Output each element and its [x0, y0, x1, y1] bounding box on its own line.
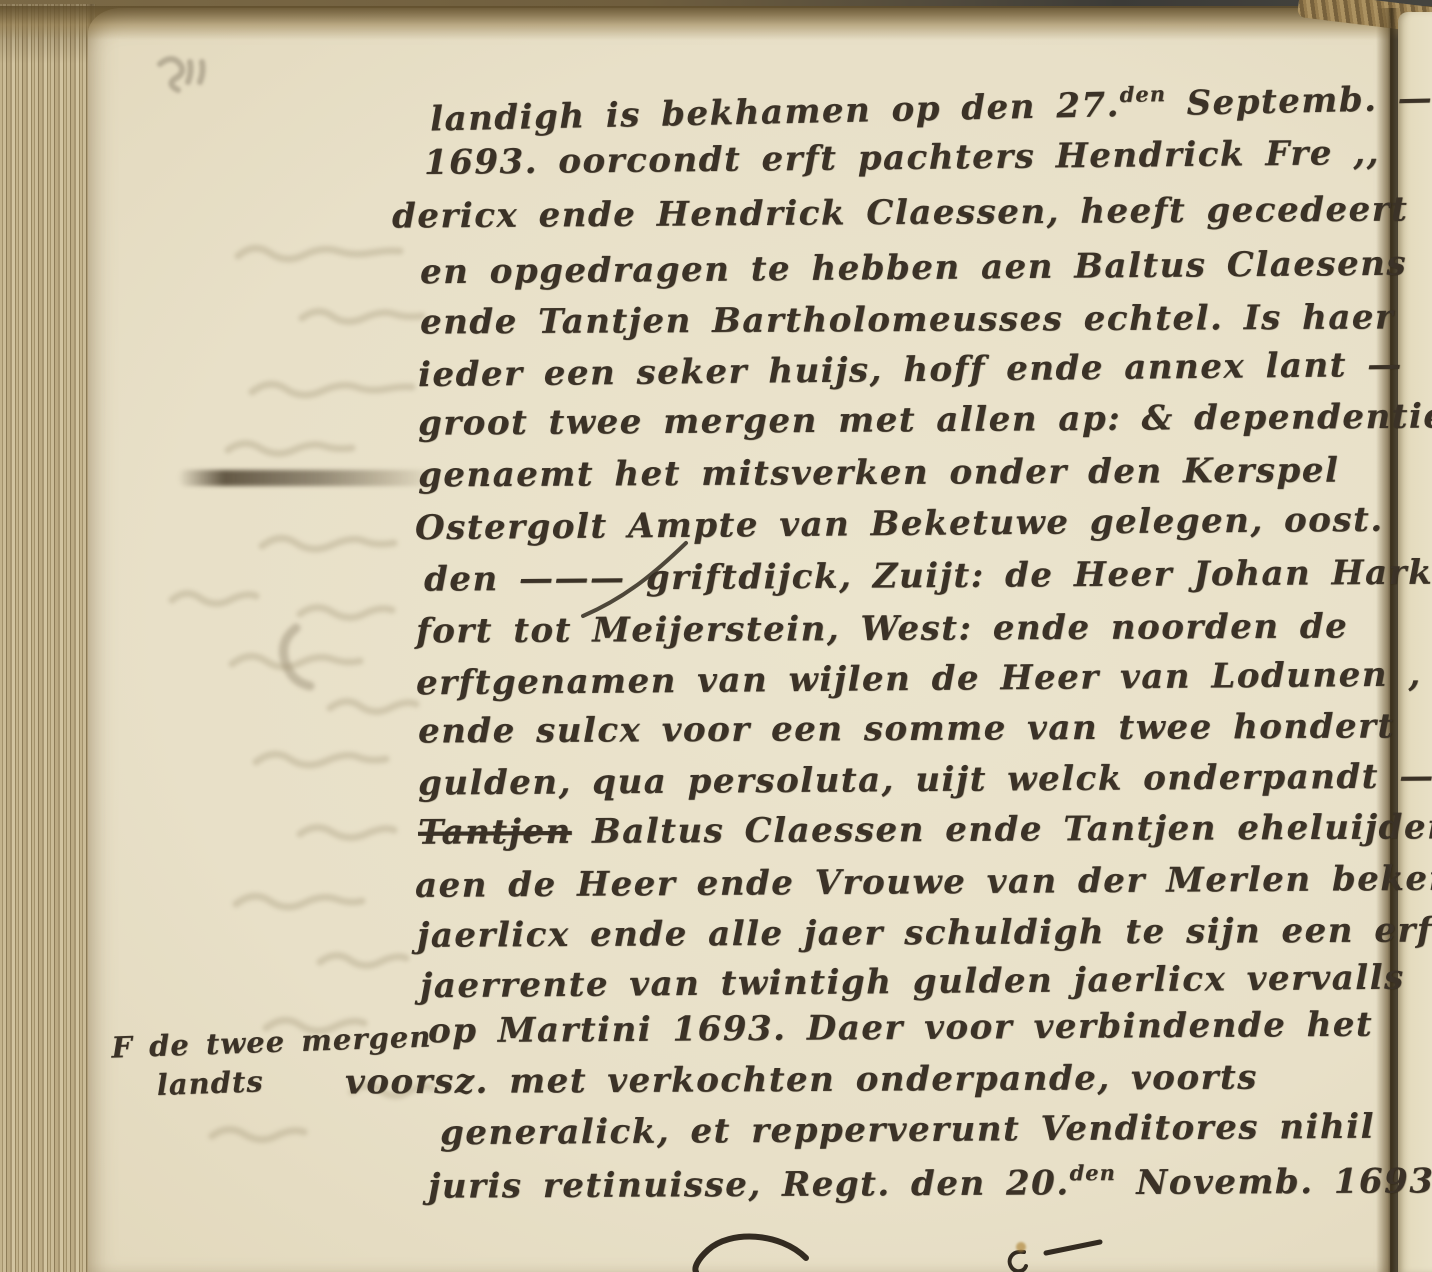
book-scan: landigh is bekhamen op den 27.den Septem… [0, 0, 1432, 1272]
flourish-dash [1046, 1242, 1100, 1253]
ink-flourishes [0, 0, 1432, 1272]
correction-stroke [583, 543, 686, 616]
next-entry-flourish [695, 1237, 806, 1272]
flourish-curl [1010, 1252, 1026, 1271]
paper-stain [1016, 1242, 1026, 1252]
